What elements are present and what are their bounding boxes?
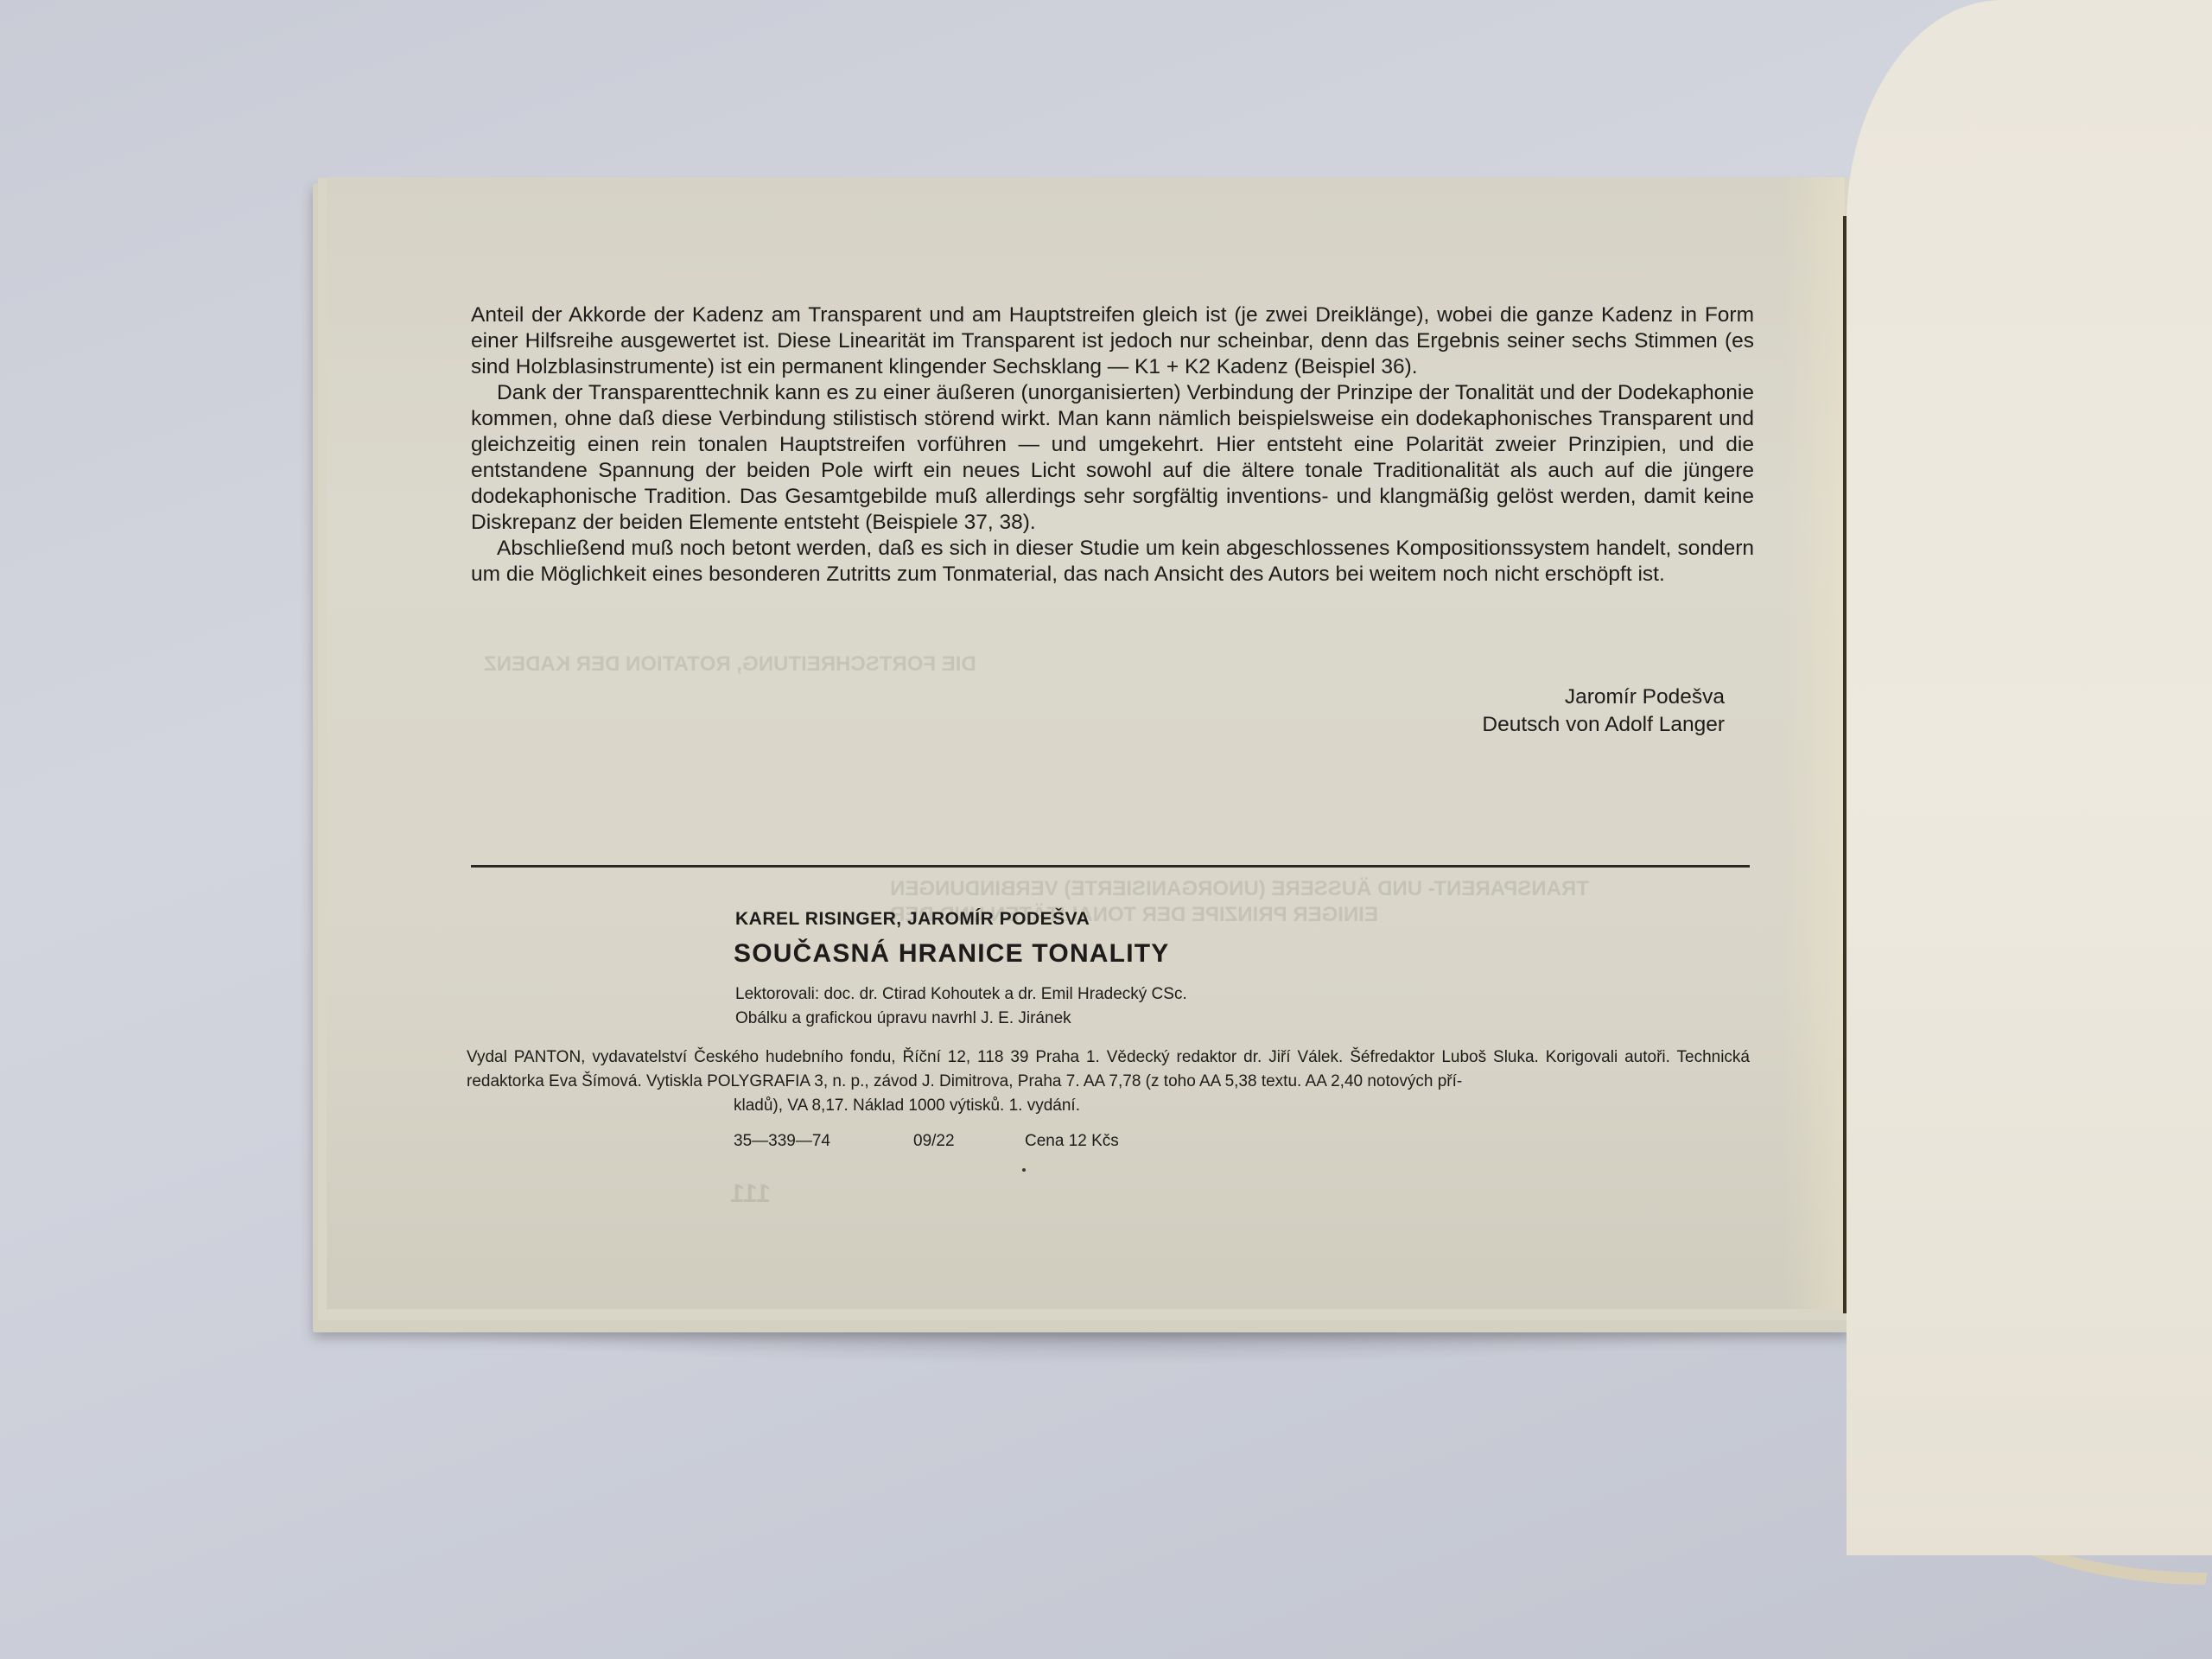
imprint-authors: KAREL RISINGER, JAROMÍR PODEŠVA xyxy=(735,909,1090,930)
imprint-design-credit: Obálku a grafickou úpravu navrhl J. E. J… xyxy=(735,1009,1071,1028)
signature-translator: Deutsch von Adolf Langer xyxy=(1482,713,1725,737)
body-text: Anteil der Akkorde der Kadenz am Transpa… xyxy=(471,302,1754,588)
ink-speck xyxy=(1022,1168,1026,1172)
show-through-heading: DIE FORTSCHREITUNG, ROTATION DER KADENZ xyxy=(484,652,976,677)
horizontal-rule xyxy=(471,865,1750,868)
price: Cena 12 Kčs xyxy=(1025,1132,1119,1151)
colophon-text-end: kladů), VA 8,17. Náklad 1000 výtisků. 1.… xyxy=(467,1094,1750,1118)
colophon: Vydal PANTON, vydavatelství Českého hude… xyxy=(467,1046,1750,1118)
paragraph: Dank der Transparenttechnik kann es zu e… xyxy=(471,380,1754,536)
imprint-title: SOUČASNÁ HRANICE TONALITY xyxy=(734,939,1169,969)
colophon-text: Vydal PANTON, vydavatelství Českého hude… xyxy=(467,1046,1750,1094)
book-spine xyxy=(1843,216,1847,1313)
show-through-page-number: 111 xyxy=(730,1179,771,1209)
publication-code: 09/22 xyxy=(913,1132,955,1151)
paragraph: Anteil der Akkorde der Kadenz am Transpa… xyxy=(471,302,1754,380)
catalog-number: 35—339—74 xyxy=(734,1132,830,1151)
right-page-blank xyxy=(1847,0,2212,1555)
show-through-heading: TRANSPARENT- UND ÄUSSERE (UNORGANISIERTE… xyxy=(890,877,1589,901)
paragraph: Abschließend muß noch betont werden, daß… xyxy=(471,536,1754,588)
signature-author: Jaromír Podešva xyxy=(1565,685,1725,709)
imprint-reviewers: Lektorovali: doc. dr. Ctirad Kohoutek a … xyxy=(735,985,1187,1004)
